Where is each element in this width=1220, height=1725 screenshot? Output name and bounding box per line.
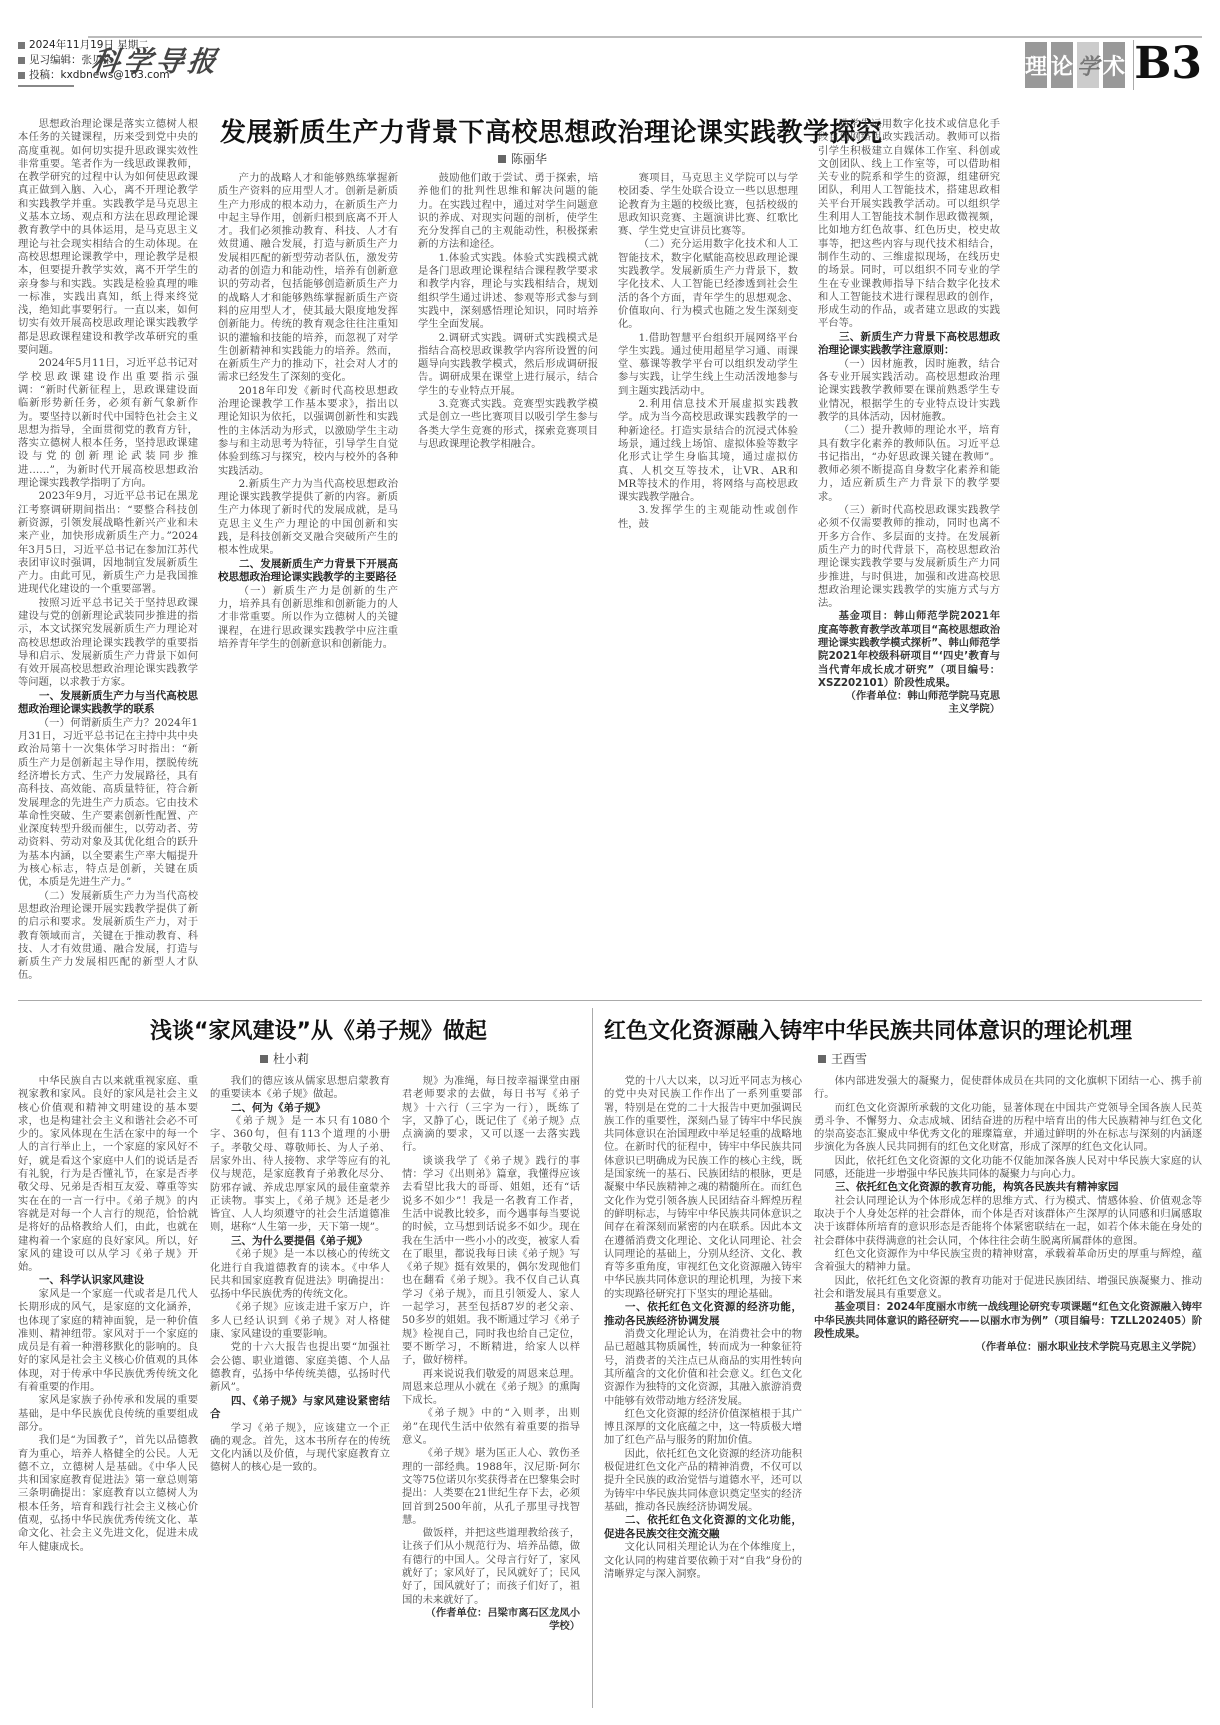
article2-column-3: 规》为准绳，每日按幸福课堂由丽君老师要求的去做，每日书写《弟子规》十六行（三字为… bbox=[402, 1075, 580, 1695]
author-affiliation: （作者单位：韩山师范学院马克思主义学院） bbox=[818, 690, 1000, 717]
masthead-underline bbox=[18, 85, 74, 87]
section-heading: 一、科学认识家风建设 bbox=[18, 1274, 198, 1288]
square-bullet-icon bbox=[818, 1055, 826, 1063]
paragraph: 《弟子规》堪为匡正人心、敦伤圣理的一部经典。1988年，汉尼斯·阿尔文等75位诺… bbox=[402, 1447, 580, 1527]
article1-column-2: 产力的战略人才和能够熟练掌握新质生产资料的应用型人才。创新是新质生产力形成的根本… bbox=[218, 172, 398, 993]
column-char-4: 术 bbox=[1103, 42, 1125, 88]
newspaper-logo: 科学导报 bbox=[89, 40, 223, 80]
square-bullet-icon bbox=[18, 42, 25, 49]
column-char-1: 理 bbox=[1025, 42, 1047, 88]
section-heading: 三、新质生产力背景下高校思想政治理论课实践教学注意原则： bbox=[818, 331, 1000, 358]
section-heading: 四、《弟子规》与家风建设紧密结合 bbox=[210, 1395, 390, 1422]
paragraph: 产力的战略人才和能够熟练掌握新质生产资料的应用型人才。创新是新质生产力形成的根本… bbox=[218, 172, 398, 385]
fund-note: 基金项目：2024年度丽水市统一战线理论研究专项课题“红色文化资源融入铸牢中华民… bbox=[814, 1301, 1202, 1341]
paragraph: 党的十八大以来，以习近平同志为核心的党中央对民族工作作出了一系列重要部署，特别是… bbox=[604, 1075, 802, 1301]
article1-column-3: 鼓励他们敢于尝试、勇于探索，培养他们的批判性思维和解决问题的能力。在实践过程中，… bbox=[418, 172, 598, 993]
paragraph: 红色文化资源作为中华民族宝贵的精神财富，承载着革命历史的厚重与辉煌，蕴含着强大的… bbox=[814, 1248, 1202, 1275]
paragraph: 因此，依托红色文化资源的经济功能积极促进红色文化产品的精神消费，不仅可以提升全民… bbox=[604, 1448, 802, 1514]
article3-column-2: 体内部进发强大的凝聚力，促使群体成员在共同的文化旗帜下团结一心、携手前行。而红色… bbox=[814, 1075, 1202, 1695]
paragraph: 学习《弟子规》，应该建立一个正确的观念。首先，这本书所存在的传统文化内涵以及价值… bbox=[210, 1422, 390, 1475]
paragraph: 我们是“为国教子”，首先以品德教育为重心，培养人格健全的公民。人无德不立，立德树… bbox=[18, 1434, 198, 1554]
paragraph: 1.体验式实践。体验式实践模式就是各门思政理论课程结合课程教学要求和教学内容，理… bbox=[418, 252, 598, 332]
paragraph: 2.新质生产力为当代高校思想政治理论课实践教学提供了新的内容。新质生产力体现了新… bbox=[218, 478, 398, 558]
paragraph: 谈谈我学了《弟子规》践行的事情：学习《出则弟》篇章，我懂得应该去看望比我大的哥哥… bbox=[402, 1155, 580, 1368]
paragraph: （二）充分运用数字化技术和人工智能技术，数字化赋能高校思政理论课实践教学。发展新… bbox=[618, 238, 798, 331]
section-divider bbox=[18, 1000, 1202, 1001]
paragraph: 2.利用信息技术开展虚拟实践教学。成为当今高校思政课实践教学的一种新途径。打造实… bbox=[618, 398, 798, 504]
paragraph: （一）何谓新质生产力？2024年1月31日，习近平总书记在主持中共中央政治局第十… bbox=[18, 717, 198, 890]
article2-byline: 杜小莉 bbox=[260, 1050, 309, 1067]
square-bullet-icon bbox=[18, 57, 25, 64]
paragraph: 文化认同相关理论认为在个体维度上，文化认同的构建首要依赖于对“自我”身份的清晰界… bbox=[604, 1541, 802, 1581]
section-heading: 一、发展新质生产力与当代高校思想政治理论课实践教学的联系 bbox=[18, 690, 198, 717]
section-heading: 二、依托红色文化资源的文化功能，促进各民族交往交流交融 bbox=[604, 1514, 802, 1541]
article1-column-5: 励学生运用数字化技术或信息化手段自创网络思政实践活动。教师可以指引学生积极建立自… bbox=[818, 118, 1000, 993]
paragraph: 思想政治理论课是落实立德树人根本任务的关键课程，历来受到党中央的高度重视。如何切… bbox=[18, 118, 198, 357]
page-number: B3 bbox=[1134, 40, 1202, 88]
column-tag: 理 论 学 术 bbox=[1025, 40, 1138, 90]
author-affiliation: （作者单位：吕梁市离石区龙凤小学校） bbox=[402, 1607, 580, 1634]
paragraph: 2024年5月11日，习近平总书记对学校思政课建设作出重要指示强调：“新时代新征… bbox=[18, 357, 198, 490]
vertical-divider bbox=[592, 1008, 593, 1708]
article2-title: 浅谈“家风建设”从《弟子规》做起 bbox=[150, 1014, 487, 1045]
author-affiliation: （作者单位：丽水职业技术学院马克思主义学院） bbox=[814, 1341, 1202, 1354]
paragraph: 《弟子规》中的“入则孝，出则弟”在现代生活中依然有着重要的指导意义。 bbox=[402, 1407, 580, 1447]
paragraph: 红色文化资源的经济价值深植根于其广博且深厚的文化底蕴之中，这一特质极大增加了红色… bbox=[604, 1408, 802, 1448]
paragraph: 1.借助智慧平台组织开展网络平台学生实践。通过使用超星学习通、雨课堂、慕课等教学… bbox=[618, 332, 798, 398]
fund-note: 基金项目：韩山师范学院2021年度高等教育教学改革项目“高校思想政治理论课实践教… bbox=[818, 610, 1000, 690]
paragraph: （三）新时代高校思政课实践教学必须不仅需要教师的推动，同时也离不开多方合作、多层… bbox=[818, 504, 1000, 610]
paragraph: 2023年9月，习近平总书记在黑龙江考察调研期间指出：“要整合科技创新资源，引领… bbox=[18, 490, 198, 596]
paragraph: 3.竞赛式实践。竞赛型实践教学模式是创立一些比赛项目以吸引学生参与各类大学生竞赛… bbox=[418, 398, 598, 451]
paragraph: 2018年印发《新时代高校思想政治理论课教学工作基本要求》，指出以理论知识为依托… bbox=[218, 385, 398, 478]
paragraph: （一）新质生产力是创新的生产力，培养具有创新思维和创新能力的人才非常重要。所以作… bbox=[218, 585, 398, 651]
paragraph: 做饭样，并把这些道理教给孩子，让孩子们从小规范行为、培养品德，做有德行的中国人。… bbox=[402, 1527, 580, 1607]
paragraph: （二）发展新质生产力为当代高校思想政治理论课开展实践教学提供了新的启示和要求。发… bbox=[18, 890, 198, 983]
paragraph: （一）因材施教，因时施教，结合各专业开展实践活动。高校思想政治理论课实践教学教师… bbox=[818, 358, 1000, 424]
paragraph: 因此，依托红色文化资源的文化功能不仅能加深各族人民对中华民族大家庭的认同感，还能… bbox=[814, 1155, 1202, 1182]
article3-column-1: 党的十八大以来，以习近平同志为核心的党中央对民族工作作出了一系列重要部署，特别是… bbox=[604, 1075, 802, 1695]
paragraph: 按照习近平总书记关于坚持思政课建设与党的创新理论武装同步推进的指示，本文试探究发… bbox=[18, 597, 198, 690]
section-heading: 二、何为《弟子规》 bbox=[210, 1102, 390, 1116]
article2-column-1: 中华民族自古以来就重视家庭、重视家教和家风。良好的家风是社会主义核心价值观和精神… bbox=[18, 1075, 198, 1695]
paragraph: 励学生运用数字化技术或信息化手段自创网络思政实践活动。教师可以指引学生积极建立自… bbox=[818, 118, 1000, 331]
paragraph: 家风是一个家庭一代或者是几代人长期形成的风气，是家庭的文化涵养，也体现了家庭的精… bbox=[18, 1288, 198, 1394]
paragraph: 《弟子规》应该走进千家万户，许多人已经认识到《弟子规》对人格健康、家风建设的重要… bbox=[210, 1301, 390, 1341]
paragraph: 因此，依托红色文化资源的教育功能对于促进民族团结、增强民族凝聚力、推动社会和谐发… bbox=[814, 1275, 1202, 1302]
paragraph: 我们的德应该从儒家思想启蒙教育的重要读本《弟子规》做起。 bbox=[210, 1075, 390, 1102]
paragraph: 《弟子规》是一本只有1080个字、360句，但有113个道理的小册子。孝敬父母、… bbox=[210, 1115, 390, 1235]
article3-title: 红色文化资源融入铸牢中华民族共同体意识的理论机理 bbox=[604, 1014, 1132, 1045]
paragraph: 中华民族自古以来就重视家庭、重视家教和家风。良好的家风是社会主义核心价值观和精神… bbox=[18, 1075, 198, 1274]
paragraph: 2.调研式实践。调研式实践模式是指结合高校思政课教学内容所设置的问题导向实践教学… bbox=[418, 332, 598, 398]
paragraph: 再来说说我们敬爱的周恩来总理。周恩来总理从小就在《弟子规》的熏陶下成长。 bbox=[402, 1368, 580, 1408]
paragraph: 规》为准绳，每日按幸福课堂由丽君老师要求的去做，每日书写《弟子规》十六行（三字为… bbox=[402, 1075, 580, 1155]
paragraph: 党的十六大报告也提出要“加强社会公德、职业道德、家庭美德、个人品德教育，弘扬中华… bbox=[210, 1341, 390, 1394]
column-char-2: 论 bbox=[1051, 42, 1073, 88]
paragraph: 3.发挥学生的主观能动性或创作性，鼓 bbox=[618, 504, 798, 531]
paragraph: （二）提升教师的理论水平，培育具有数字化素养的教师队伍。习近平总书记指出，“办好… bbox=[818, 424, 1000, 504]
article1-byline: 陈丽华 bbox=[498, 150, 547, 167]
article1-title: 发展新质生产力背景下高校思想政治理论课实践教学探究 bbox=[220, 112, 883, 149]
section-heading: 一、依托红色文化资源的经济功能，推动各民族经济协调发展 bbox=[604, 1301, 802, 1328]
square-bullet-icon bbox=[498, 155, 506, 163]
paragraph: 体内部进发强大的凝聚力，促使群体成员在共同的文化旗帜下团结一心、携手前行。 bbox=[814, 1075, 1202, 1102]
top-rule bbox=[88, 36, 1202, 38]
article3-byline: 王酉雪 bbox=[818, 1050, 867, 1067]
paragraph: 鼓励他们敢于尝试、勇于探索，培养他们的批判性思维和解决问题的能力。在实践过程中，… bbox=[418, 172, 598, 252]
paragraph: 《弟子规》是一本以核心的传统文化进行自我道德教育的读本。《中华人民共和国家庭教育… bbox=[210, 1248, 390, 1301]
section-heading: 二、发展新质生产力背景下开展高校思想政治理论课实践教学的主要路径 bbox=[218, 558, 398, 585]
paragraph: 家风是家族子孙传承和发展的重要基础，是中华民族优良传统的重要组成部分。 bbox=[18, 1394, 198, 1434]
article1-column-1: 思想政治理论课是落实立德树人根本任务的关键课程，历来受到党中央的高度重视。如何切… bbox=[18, 118, 198, 993]
article1-column-4: 赛项目，马克思主义学院可以与学校团委、学生处联合设立一些以思想理论教育为主题的校… bbox=[618, 172, 798, 993]
square-bullet-icon bbox=[18, 72, 25, 79]
paragraph: 消费文化理论认为，在消费社会中的物品已超越其物质属性，转而成为一种象征符号，消费… bbox=[604, 1328, 802, 1408]
paragraph: 而红色文化资源所承载的文化功能，显著体现在中国共产党领导全国各族人民英勇斗争、不… bbox=[814, 1102, 1202, 1155]
column-char-3: 学 bbox=[1077, 42, 1099, 88]
section-heading: 三、为什么要提倡《弟子规》 bbox=[210, 1235, 390, 1249]
paragraph: 社会认同理论认为个体形成怎样的思维方式、行为模式、情感体验、价值观念等取决于个人… bbox=[814, 1195, 1202, 1248]
square-bullet-icon bbox=[260, 1055, 268, 1063]
paragraph: 赛项目，马克思主义学院可以与学校团委、学生处联合设立一些以思想理论教育为主题的校… bbox=[618, 172, 798, 238]
section-heading: 三、依托红色文化资源的教育功能，构筑各民族共有精神家园 bbox=[814, 1181, 1202, 1195]
article2-column-2: 我们的德应该从儒家思想启蒙教育的重要读本《弟子规》做起。二、何为《弟子规》《弟子… bbox=[210, 1075, 390, 1695]
